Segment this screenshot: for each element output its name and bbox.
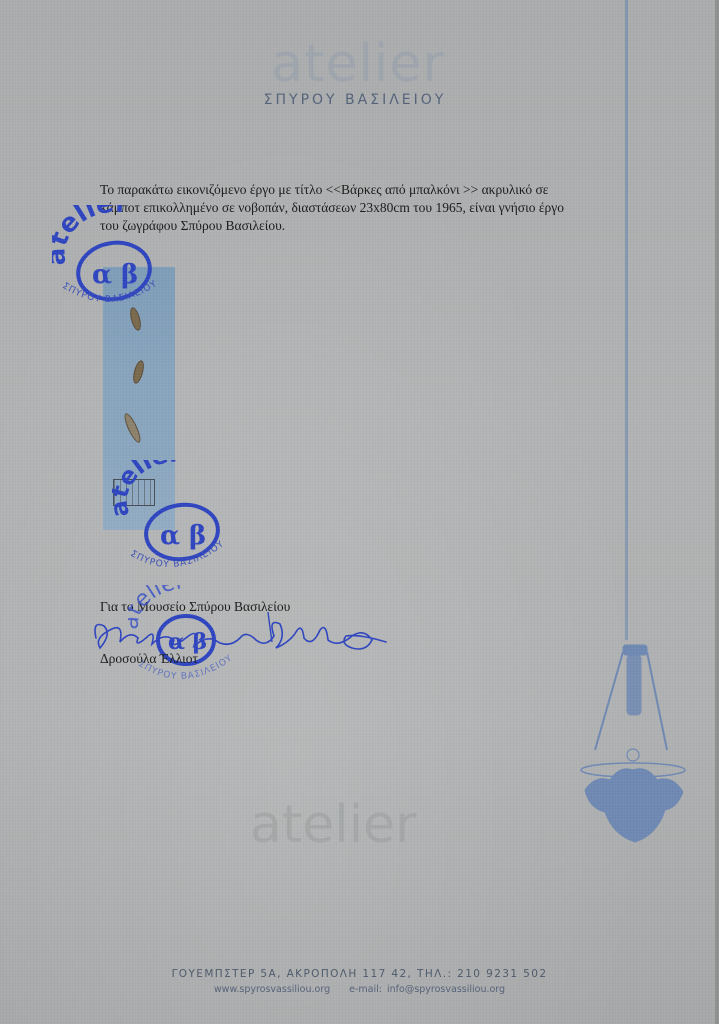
stamp-top-text: atelier [112, 460, 182, 519]
svg-text:atelier: atelier [112, 460, 182, 519]
boat-shape [131, 359, 146, 385]
stamp-monogram: α β [160, 521, 206, 551]
letterhead-subtitle: ΣΠΥΡΟΥ ΒΑΣΙΛΕΙΟΥ [255, 92, 455, 108]
signatory-name: Δροσούλα Έλλιοτ [100, 651, 198, 667]
certificate-line: Το παρακάτω εικονιζόμενο έργο με τίτλο <… [100, 181, 620, 199]
boat-shape [122, 412, 144, 445]
svg-text:atelier: atelier [52, 205, 130, 266]
stamp-top-text: atelier [52, 205, 130, 266]
certificate-page: atelier atelier ΣΠΥΡΟΥ ΒΑΣΙΛΕΙΟΥ Το παρα… [0, 0, 719, 1024]
footer-contact: www.spyrosvassiliou.org e-mail: info@spy… [0, 984, 719, 995]
atelier-stamp: atelier α β ΣΠΥΡΟΥ ΒΑΣΙΛΕΙΟΥ [112, 460, 242, 580]
page-edge [715, 0, 719, 1024]
atelier-stamp: atelier α β ΣΠΥΡΟΥ ΒΑΣΙΛΕΙΟΥ [52, 205, 182, 315]
stamp-monogram: α β [92, 260, 138, 290]
letterhead-logo: atelier [258, 38, 458, 90]
footer-address: ΓΟΥΕΜΠΣΤΕΡ 5Α, ΑΚΡΟΠΟΛΗ 117 42, ΤΗΛ.: 21… [0, 968, 719, 980]
hanging-lamp-icon [565, 630, 705, 860]
website-link[interactable]: www.spyrosvassiliou.org [214, 984, 330, 995]
lamp-cord-graphic [625, 0, 628, 640]
watermark-text: atelier [250, 795, 417, 855]
email-link[interactable]: e-mail: info@spyrosvassiliou.org [349, 984, 505, 995]
